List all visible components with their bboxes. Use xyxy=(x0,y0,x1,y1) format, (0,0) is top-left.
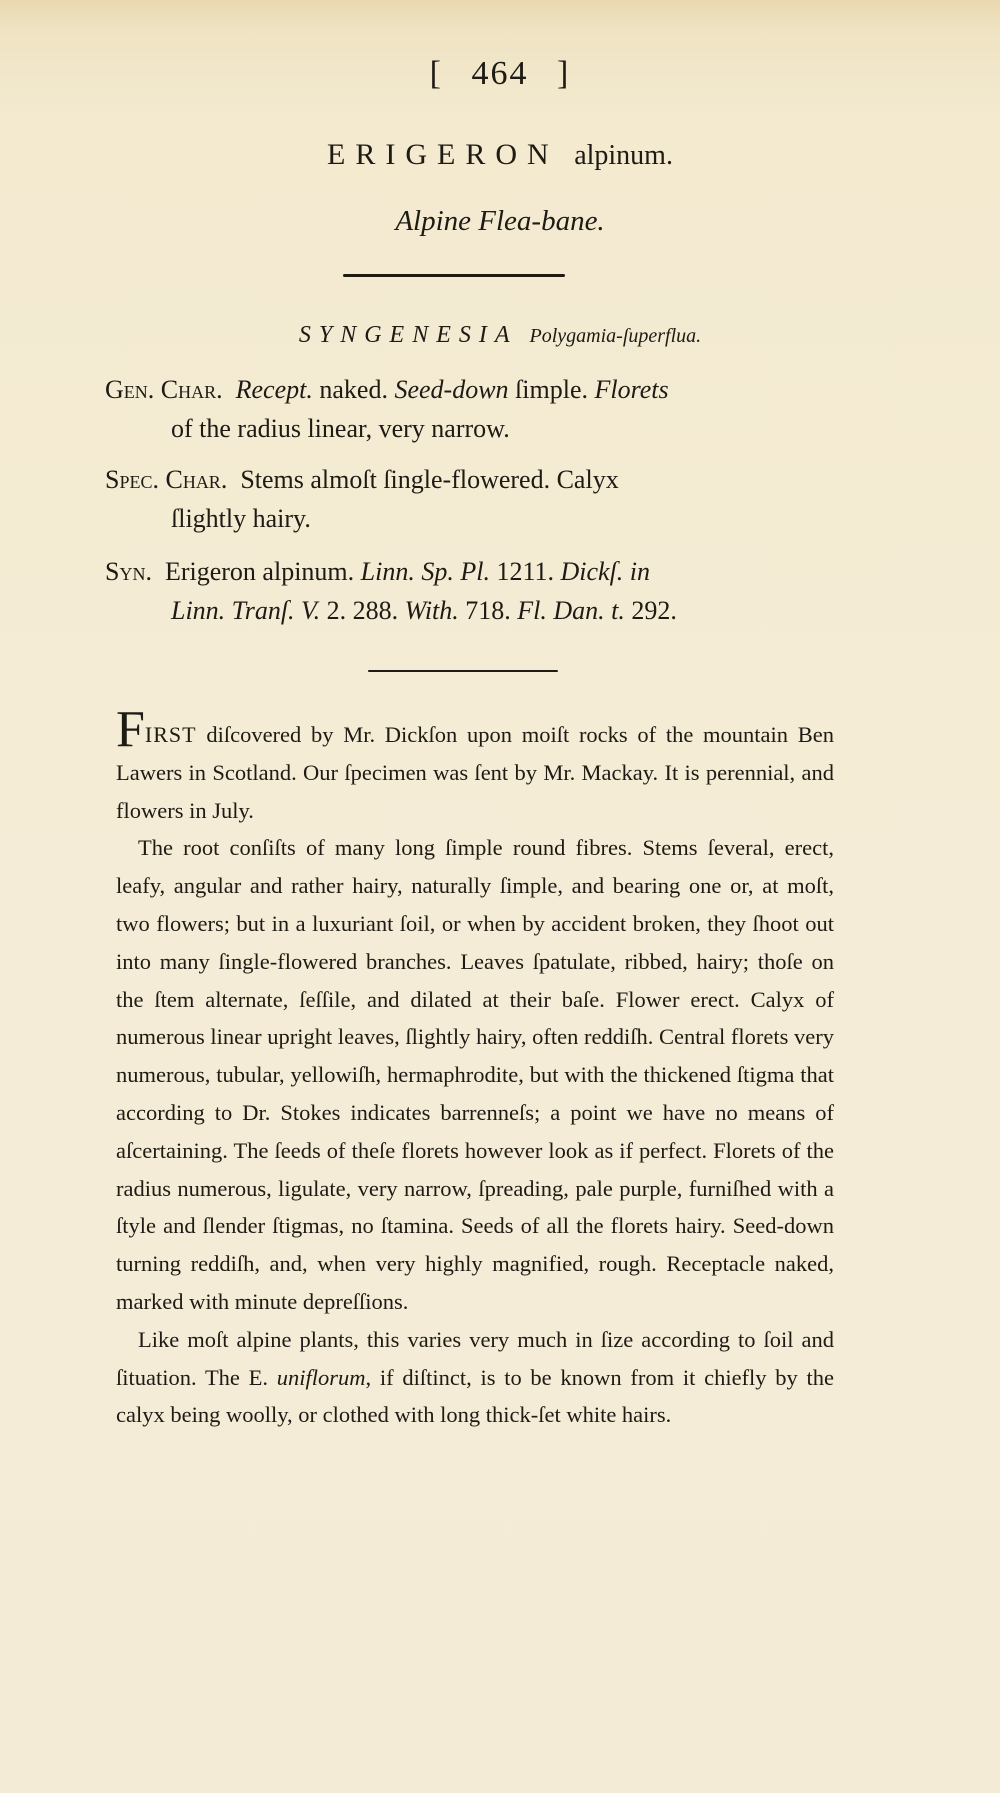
gen-char-part: Recept. xyxy=(236,375,313,404)
first-word-rest: IRST xyxy=(145,722,197,747)
gen-char-label: Gen. Char. xyxy=(105,375,223,404)
synonyms: Syn. Erigeron alpinum. Linn. Sp. Pl. 121… xyxy=(105,552,835,630)
species-title: ERIGERON alpinum. xyxy=(0,138,1000,172)
syn-part: Dickſ. in xyxy=(561,557,651,586)
gen-char-part: Seed-down xyxy=(394,375,508,404)
syn-part: 292. xyxy=(625,596,677,625)
species-epithet: alpinum. xyxy=(574,140,673,171)
linnaean-classification: SYNGENESIA Polygamia-ſuperflua. xyxy=(0,322,1000,349)
paragraph-1: FIRST diſcovered by Mr. Dickſon upon moi… xyxy=(116,715,834,829)
paragraph-3-italic: uniflorum xyxy=(277,1365,366,1390)
gen-char-part: naked. xyxy=(313,375,395,404)
gen-char-continuation: of the radius linear, very narrow. xyxy=(105,409,835,448)
spec-char-continuation: ſlightly hairy. xyxy=(105,499,835,538)
syn-part: Linn. Tranſ. V. xyxy=(171,596,320,625)
gen-char-part: Florets xyxy=(594,375,668,404)
page-number: [ 464 ] xyxy=(0,55,1000,93)
syn-part: Linn. Sp. Pl. xyxy=(361,557,490,586)
book-page: [ 464 ] ERIGERON alpinum. Alpine Flea-ba… xyxy=(0,0,1000,1793)
order-name: Polygamia-ſuperflua. xyxy=(530,325,702,347)
paragraph-3: Like moſt alpine plants, this varies ver… xyxy=(116,1321,834,1434)
gen-char-part: ſimple. xyxy=(509,375,595,404)
syn-part: Fl. Dan. t. xyxy=(517,596,625,625)
drop-cap: F xyxy=(116,701,145,758)
description-body: FIRST diſcovered by Mr. Dickſon upon moi… xyxy=(116,715,834,1434)
syn-continuation: Linn. Tranſ. V. 2. 288. With. 718. Fl. D… xyxy=(105,591,835,630)
syn-part: With. xyxy=(405,596,459,625)
page-number-value: 464 xyxy=(472,55,529,92)
syn-part: 2. 288. xyxy=(320,596,405,625)
spec-char-text: Stems almoſt ſingle-flowered. Calyx xyxy=(240,465,618,494)
syn-part: 1211. xyxy=(490,557,561,586)
divider-rule-bottom xyxy=(368,670,558,672)
paragraph-2: The root conſiſts of many long ſimple ro… xyxy=(116,829,834,1320)
common-name: Alpine Flea-bane. xyxy=(0,205,1000,238)
spec-char-label: Spec. Char. xyxy=(105,465,227,494)
syn-label: Syn. xyxy=(105,557,152,586)
generic-character: Gen. Char. Recept. naked. Seed-down ſimp… xyxy=(105,370,835,448)
paragraph-1-text: diſcovered by Mr. Dickſon upon moiſt roc… xyxy=(116,722,834,823)
specific-character: Spec. Char. Stems almoſt ſingle-flowered… xyxy=(105,460,835,538)
class-name: SYNGENESIA xyxy=(299,322,518,348)
bracket-open: [ xyxy=(430,55,443,92)
divider-rule-top xyxy=(343,274,565,277)
syn-part: 718. xyxy=(459,596,518,625)
bracket-close: ] xyxy=(557,55,570,92)
syn-part: Erigeron alpinum. xyxy=(165,557,361,586)
genus-name: ERIGERON xyxy=(327,138,559,171)
